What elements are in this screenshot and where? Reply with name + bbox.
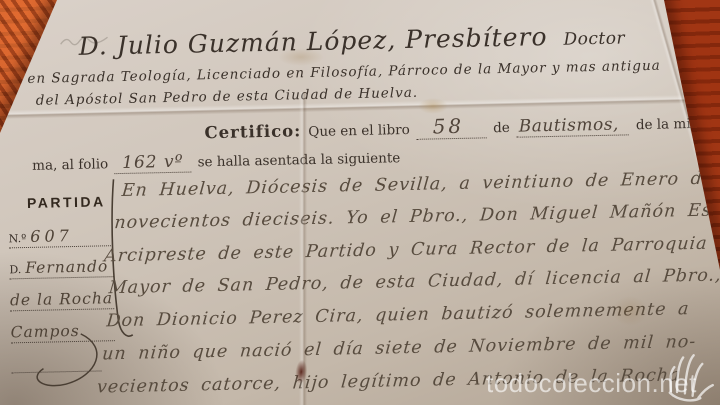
certificate-paper: D. Julio Guzmán López, Presbítero Doctor… (0, 0, 720, 405)
body-line: Don Dionicio Perez Cira, quien bautizó s… (106, 299, 691, 331)
doctor-title: Doctor (563, 28, 625, 49)
photo-scene: D. Julio Guzmán López, Presbítero Doctor… (0, 0, 720, 405)
header-line2: en Sagrada Teología, Licenciado en Filos… (27, 58, 661, 87)
folio-value: 162 vº (114, 152, 192, 175)
header-line1: D. Julio Guzmán López, Presbítero Doctor (78, 20, 658, 61)
book-name-value: Bautismos, (517, 114, 629, 137)
body-line: Mayor de San Pedro, de esta Ciudad, dí l… (108, 265, 720, 298)
body-line: novecientos dieciseis. Yo el Pbro., Don … (114, 199, 720, 233)
age-stain (612, 296, 648, 326)
partida-title: PARTIDA (27, 193, 106, 211)
cert-text-before: Que en el libro (308, 122, 410, 140)
partida-number: 607 (30, 226, 73, 246)
age-stain (418, 98, 448, 114)
folio-line: ma, al folio 162 vº se halla asentada la… (32, 147, 400, 176)
margin-number-line: N.º 607 (8, 225, 112, 248)
hand-logo-icon (660, 346, 720, 405)
name-surname1: de la Rocha (10, 289, 113, 309)
name-first: Fernando (25, 257, 108, 277)
margin-name-line1: D. Fernando (9, 257, 113, 279)
age-stain (278, 48, 324, 66)
body-line: un niño que nació el día siete de Noviem… (101, 332, 697, 364)
certifico-label: Certifico: (204, 121, 301, 142)
margin-name-line2: de la Rocha (10, 289, 114, 311)
book-number-value: 58 (416, 113, 486, 139)
number-label: N.º (9, 232, 27, 245)
folio-prefix: ma, al folio (32, 156, 108, 174)
certification-line: Certifico: Que en el libro 58 de Bautism… (204, 109, 702, 144)
body-line: En Huelva, Diócesis de Sevilla, a veinti… (121, 168, 720, 201)
body-line: Arcipreste de este Partido y Cura Rector… (103, 234, 708, 267)
certificate-content: D. Julio Guzmán López, Presbítero Doctor… (0, 0, 720, 405)
don-label: D. (9, 263, 21, 276)
cert-text-of: de (493, 120, 510, 136)
